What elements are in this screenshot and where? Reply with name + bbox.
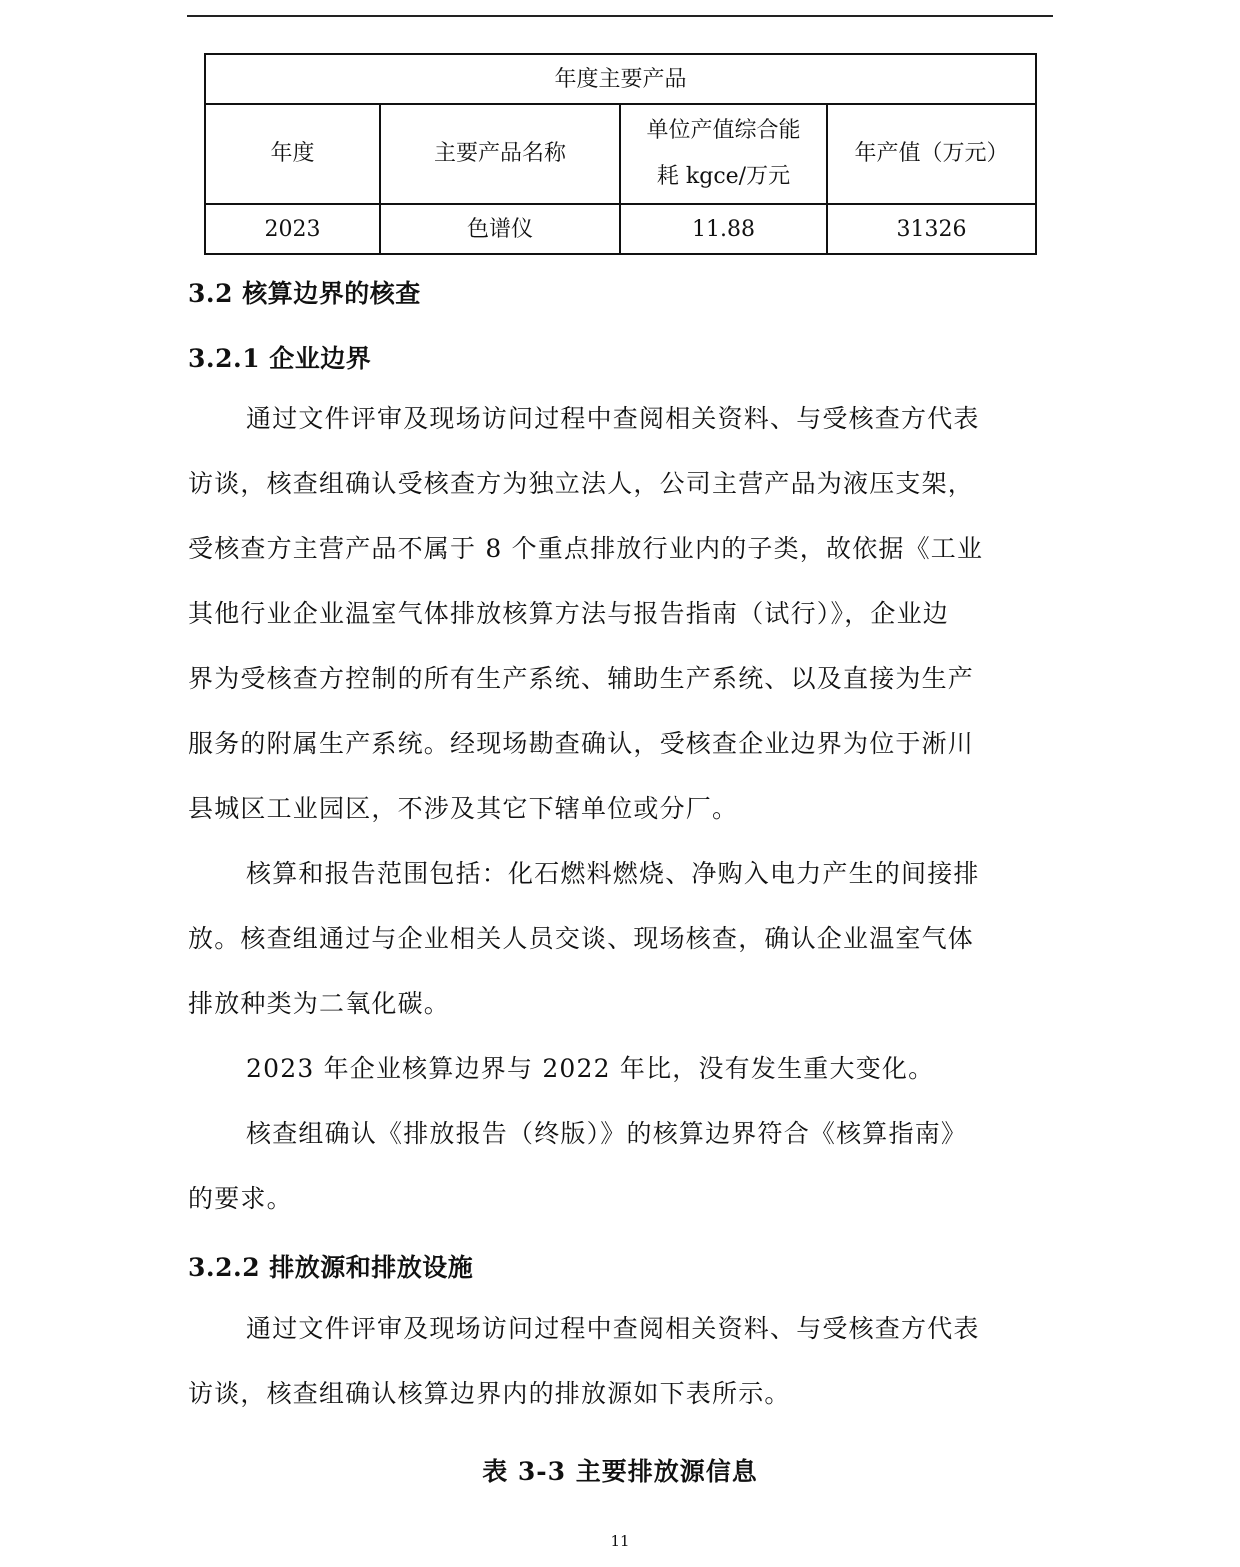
paragraph-conformity: 核查组确认《排放报告（终版）》的核算边界符合《核算指南》 的要求。: [188, 1101, 1054, 1231]
header-year: 年度: [205, 104, 380, 204]
cell-product-name: 色谱仪: [380, 204, 620, 254]
text-line: 界为受核查方控制的所有生产系统、辅助生产系统、以及直接为生产: [188, 646, 1054, 711]
heading-3-2-1: 3.2.1 企业边界: [188, 339, 371, 375]
text-line: 访谈，核查组确认受核查方为独立法人，公司主营产品为液压支架，: [188, 451, 1054, 516]
annual-products-table: 年度主要产品 年度 主要产品名称 单位产值综合能 耗 kgce/万元 年产值（万…: [204, 53, 1037, 255]
header-energy-line-1: 单位产值综合能: [621, 108, 826, 154]
cell-year: 2023: [205, 204, 380, 254]
paragraph-no-change: 2023 年企业核算边界与 2022 年比，没有发生重大变化。: [188, 1036, 1054, 1101]
cell-annual-output: 31326: [827, 204, 1036, 254]
header-annual-output: 年产值（万元）: [827, 104, 1036, 204]
cell-energy-consumption: 11.88: [620, 204, 827, 254]
paragraph-scope: 核算和报告范围包括：化石燃料燃烧、净购入电力产生的间接排 放。核查组通过与企业相…: [188, 841, 1054, 1036]
heading-3-2: 3.2 核算边界的核查: [188, 274, 421, 310]
text-line: 县城区工业园区，不涉及其它下辖单位或分厂。: [188, 776, 1054, 841]
text-line: 服务的附属生产系统。经现场勘查确认，受核查企业边界为位于淅川: [188, 711, 1054, 776]
text-line: 通过文件评审及现场访问过程中查阅相关资料、与受核查方代表: [188, 386, 1054, 451]
header-energy-consumption: 单位产值综合能 耗 kgce/万元: [620, 104, 827, 204]
text-line: 排放种类为二氧化碳。: [188, 971, 1054, 1036]
text-line: 核查组确认《排放报告（终版）》的核算边界符合《核算指南》: [188, 1101, 1054, 1166]
text-line: 其他行业企业温室气体排放核算方法与报告指南（试行）》，企业边: [188, 581, 1054, 646]
table-header-row: 年度 主要产品名称 单位产值综合能 耗 kgce/万元 年产值（万元）: [205, 104, 1036, 204]
table-row: 2023 色谱仪 11.88 31326: [205, 204, 1036, 254]
text-line: 通过文件评审及现场访问过程中查阅相关资料、与受核查方代表: [188, 1296, 1054, 1361]
header-energy-line-2: 耗 kgce/万元: [621, 154, 826, 200]
paragraph-emission-sources: 通过文件评审及现场访问过程中查阅相关资料、与受核查方代表 访谈，核查组确认核算边…: [188, 1296, 1054, 1426]
text-line: 受核查方主营产品不属于 8 个重点排放行业内的子类，故依据《工业: [188, 516, 1054, 581]
table-caption: 年度主要产品: [205, 54, 1036, 104]
heading-3-2-2: 3.2.2 排放源和排放设施: [188, 1248, 473, 1284]
text-line: 2023 年企业核算边界与 2022 年比，没有发生重大变化。: [188, 1036, 1054, 1101]
paragraph-boundary: 通过文件评审及现场访问过程中查阅相关资料、与受核查方代表 访谈，核查组确认受核查…: [188, 386, 1054, 841]
text-line: 的要求。: [188, 1166, 1054, 1231]
header-rule: [187, 15, 1053, 17]
text-line: 放。核查组通过与企业相关人员交谈、现场核查，确认企业温室气体: [188, 906, 1054, 971]
page-number: 11: [0, 1532, 1240, 1550]
table-3-3-title: 表 3-3 主要排放源信息: [0, 1452, 1240, 1488]
text-line: 核算和报告范围包括：化石燃料燃烧、净购入电力产生的间接排: [188, 841, 1054, 906]
text-line: 访谈，核查组确认核算边界内的排放源如下表所示。: [188, 1361, 1054, 1426]
header-product-name: 主要产品名称: [380, 104, 620, 204]
